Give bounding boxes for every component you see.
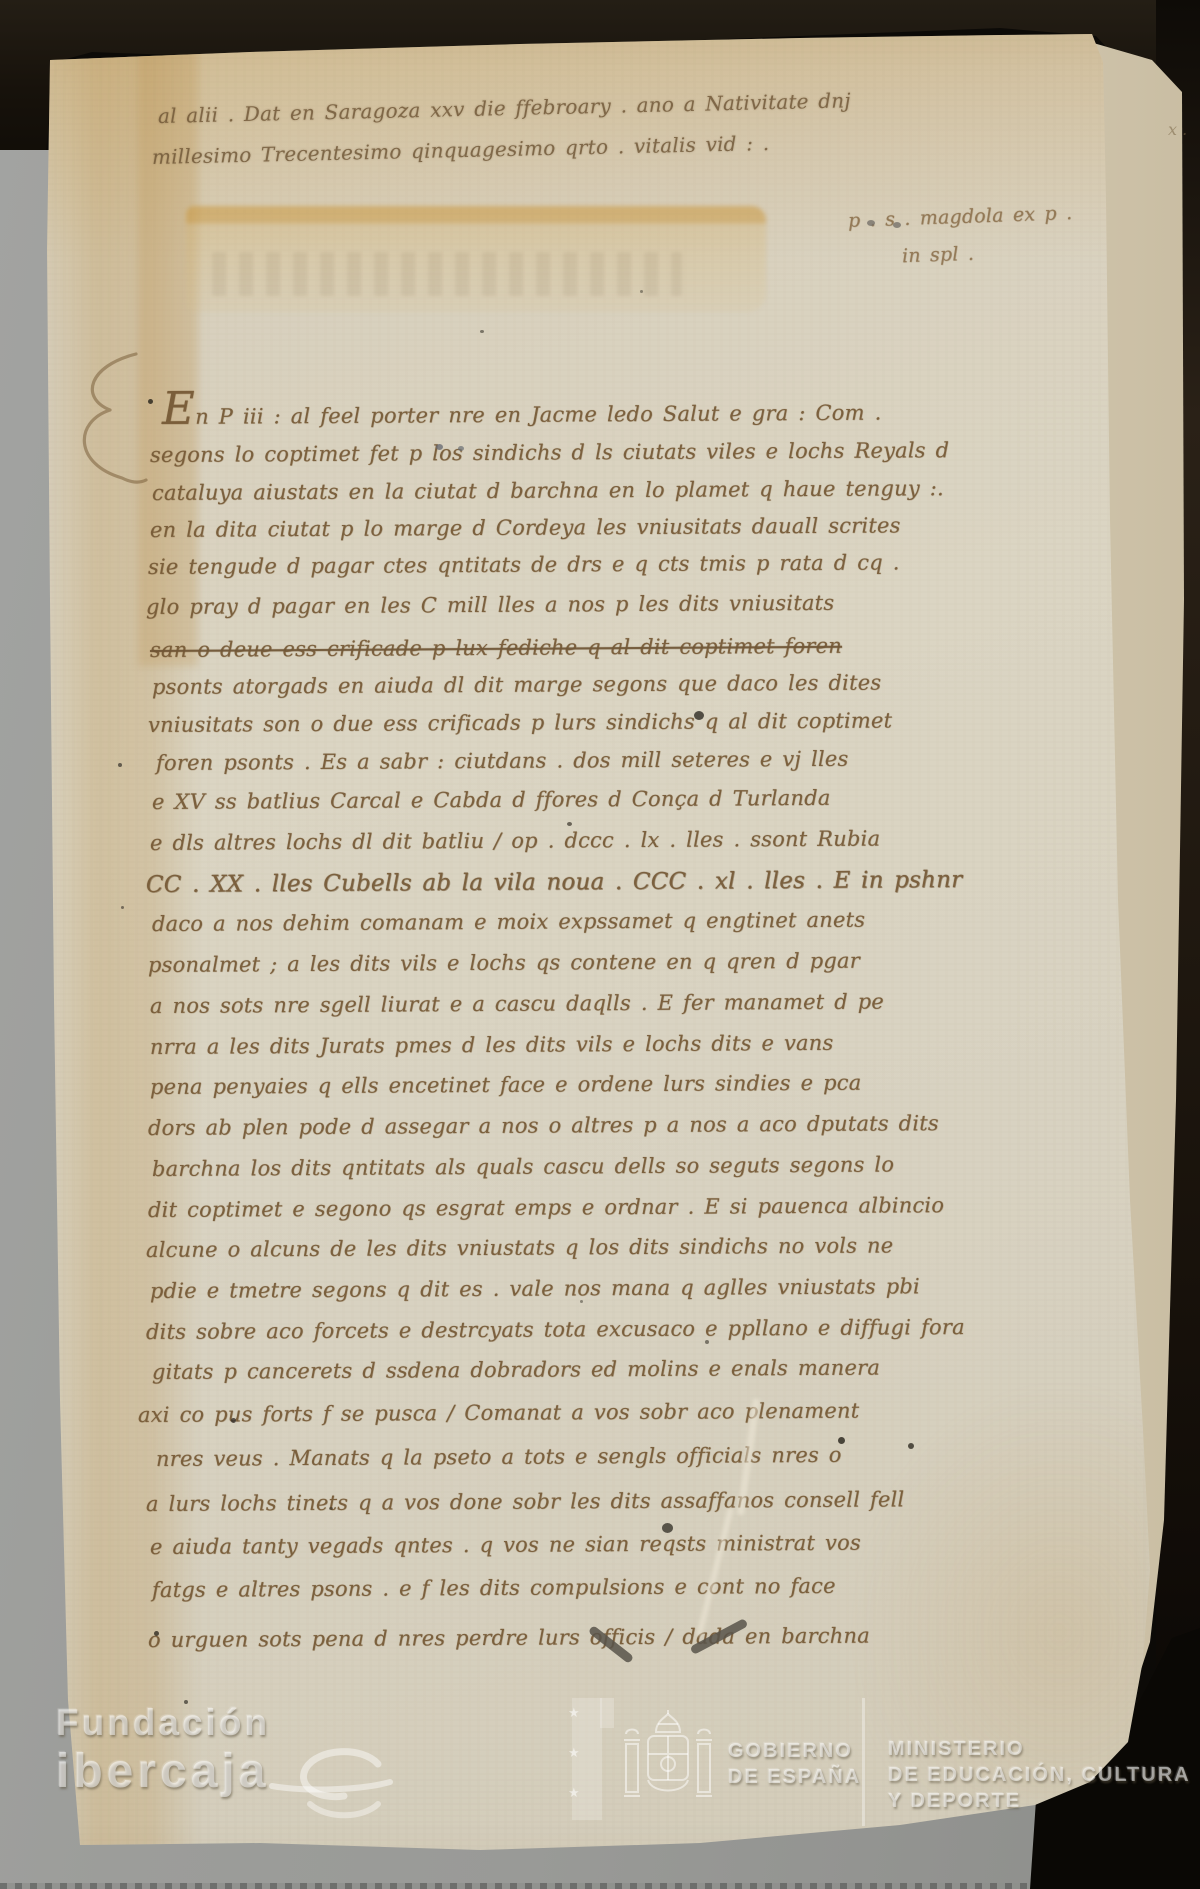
star-icon: ★: [568, 1706, 580, 1721]
manuscript-photo: x . al alii . Dat en Saragoza xxv die ff…: [0, 0, 1200, 1889]
ministerio-watermark-line1: MINISTERIO: [888, 1738, 1025, 1761]
gobierno-watermark-line2: DE ESPAÑA: [728, 1766, 861, 1789]
ministerio-watermark-line3: Y DEPORTE: [888, 1790, 1021, 1813]
ministerio-watermark-line2: DE EDUCACIÓN, CULTURA: [888, 1764, 1191, 1787]
ibercaja-watermark-line2: ibercaja: [56, 1744, 269, 1799]
ibercaja-logo-icon: [266, 1742, 396, 1828]
star-icon: ★: [568, 1746, 580, 1761]
manuscript-page: al alii . Dat en Saragoza xxv die ffebro…: [0, 0, 1200, 1889]
ibercaja-watermark-line1: Fundación: [56, 1702, 270, 1744]
folio-mark: x .: [1168, 120, 1187, 139]
gobierno-watermark-line1: GOBIERNO: [728, 1740, 853, 1763]
spain-coat-of-arms-icon: [618, 1710, 718, 1818]
spain-flag-bar-icon: ★ ★ ★: [572, 1698, 602, 1820]
star-icon: ★: [568, 1786, 580, 1801]
flag-notch: [600, 1698, 614, 1728]
scale-strip: [0, 1883, 1200, 1889]
page-shading: [0, 0, 1200, 1889]
watermark-divider: [862, 1698, 865, 1826]
